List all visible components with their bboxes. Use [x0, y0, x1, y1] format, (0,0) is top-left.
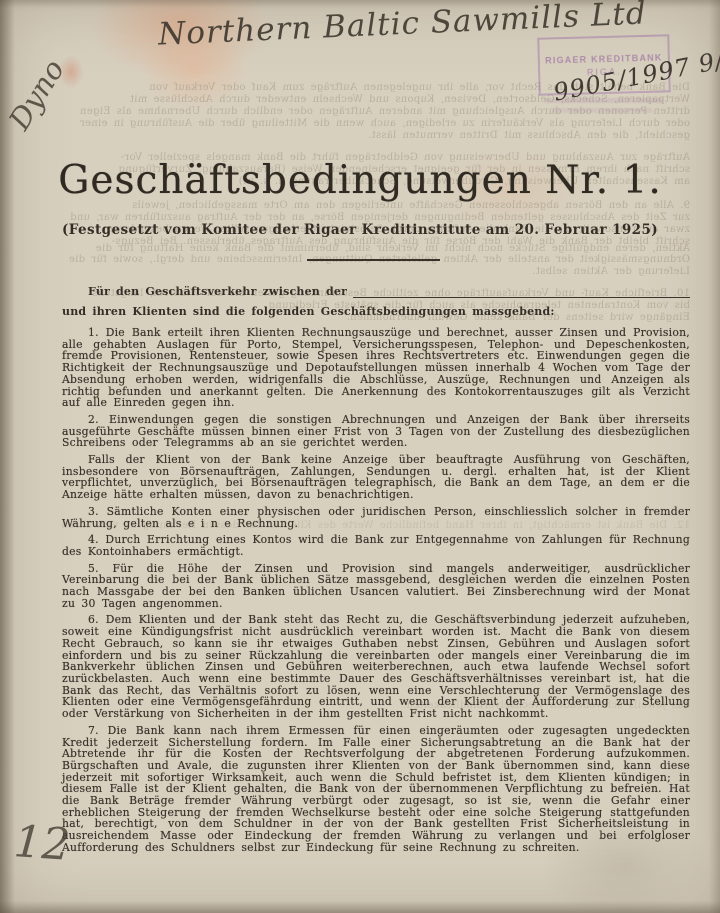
- margin-annotation: Dyno: [2, 53, 71, 135]
- terms-paragraph-6: 6. Dem Klienten und der Bank steht das R…: [62, 614, 690, 719]
- scanned-document-page: { "header": { "title": "Geschäftsbedingu…: [0, 0, 720, 913]
- terms-paragraph-7: 7. Die Bank kann nach ihrem Ermessen für…: [62, 725, 690, 854]
- terms-paragraph-3: 3. Sämtliche Konten einer physischen ode…: [62, 506, 690, 529]
- document-subtitle: (Festgesetzt vom Komitee der Rigaer Kred…: [0, 222, 720, 238]
- document-title: Geschäftsbedingungen Nr. 1.: [0, 158, 720, 203]
- terms-paragraph-2a: Falls der Klient von der Bank keine Anze…: [62, 454, 690, 501]
- terms-paragraph-5: 5. Für die Höhe der Zinsen und Provision…: [62, 563, 690, 610]
- scan-edge-shadow-left: [0, 0, 15, 913]
- intro-line-2: und ihren Klienten sind die folgenden Ge…: [62, 302, 690, 322]
- terms-paragraph-2: 2. Einwendungen gegen die sonstigen Abre…: [62, 414, 690, 449]
- bleedthrough-line: oder durch Lieferung als Verkäuferin zu …: [62, 118, 690, 130]
- intro-line-1: Für den Geschäftsverkehr zwischen der: [62, 282, 690, 302]
- bleedthrough-line: geschieht, die den Abschluss mit Dritten…: [62, 130, 690, 142]
- scan-edge-shadow-bottom: [0, 901, 720, 913]
- blank-fill-line: [353, 297, 690, 298]
- stamp-ghost-mark: [552, 108, 652, 113]
- scan-edge-shadow-right: [709, 0, 720, 913]
- title-divider-rule: [307, 259, 440, 261]
- terms-body: 1. Die Bank erteilt ihren Klienten Rechn…: [62, 327, 690, 859]
- terms-paragraph-1: 1. Die Bank erteilt ihren Klienten Rechn…: [62, 327, 690, 409]
- bleedthrough-line: Lieferung der Aktien selbst.: [62, 266, 690, 278]
- intro-block: Für den Geschäftsverkehr zwischen der un…: [62, 282, 690, 322]
- handwritten-bottom-mark: 12: [12, 816, 71, 871]
- intro-text-1: Für den Geschäftsverkehr zwischen der: [88, 282, 347, 302]
- terms-paragraph-4: 4. Durch Errichtung eines Kontos wird di…: [62, 534, 690, 557]
